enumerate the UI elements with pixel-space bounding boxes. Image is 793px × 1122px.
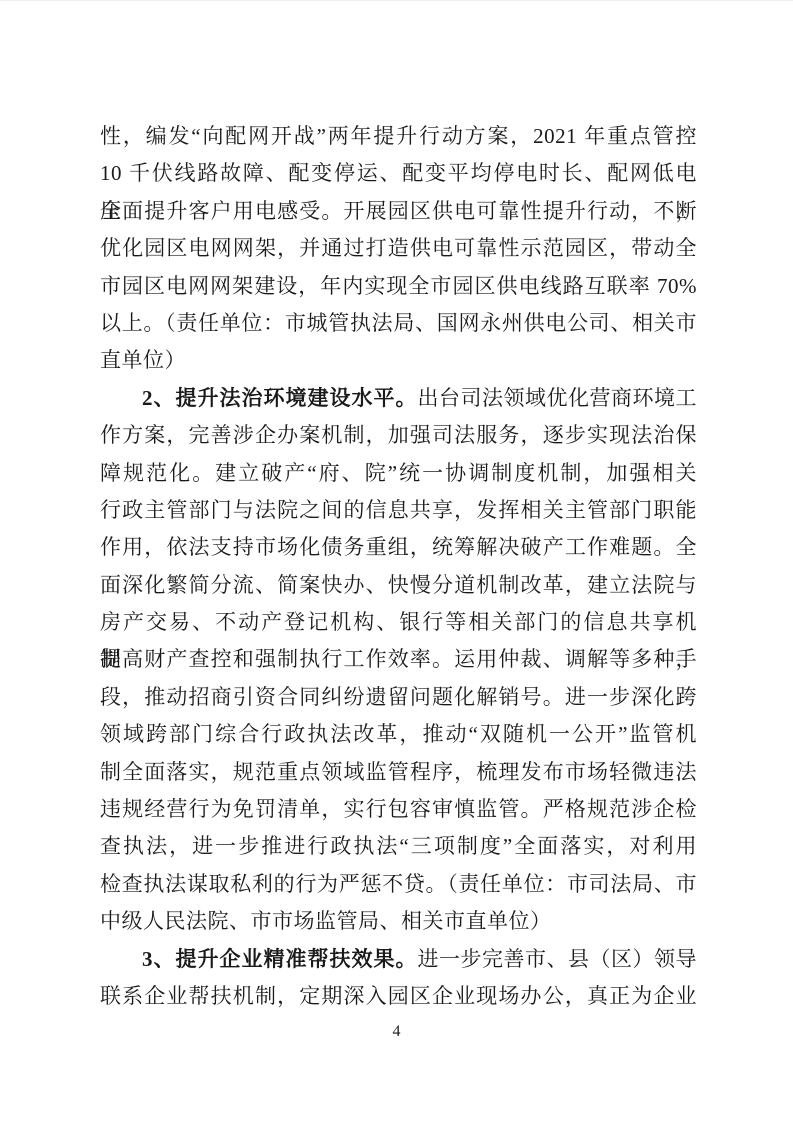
paragraph-heading: 2、提升法治环境建设水平。: [142, 386, 418, 410]
text-line: 作用，依法支持市场化债务重组，统筹解决破产工作难题。全: [100, 529, 697, 566]
text-line: 性，编发“向配网开战”两年提升行动方案，2021 年重点管控: [100, 118, 697, 155]
text-line: 优化园区电网网架，并通过打造供电可靠性示范园区，带动全: [100, 230, 697, 267]
text-line: 作方案，完善涉企办案机制，加强司法服务，逐步实现法治保: [100, 417, 697, 454]
text-line: 中级人民法院、市市场监管局、相关市直单位）: [100, 903, 697, 940]
text-line: 市园区电网网架建设，年内实现全市园区供电线路互联率 70%: [100, 268, 697, 305]
text-line: 2、提升法治环境建设水平。出台司法领域优化营商环境工: [100, 380, 697, 417]
text-line: 检查执法谋取私利的行为严惩不贷。（责任单位：市司法局、市: [100, 866, 697, 903]
paragraph-body-start: 进一步完善市、县（区）领导: [418, 947, 698, 971]
text-line: 3、提升企业精准帮扶效果。进一步完善市、县（区）领导: [100, 941, 697, 978]
text-line: 全面提升客户用电感受。开展园区供电可靠性提升行动，不断: [100, 193, 697, 230]
text-line: 提高财产查控和强制执行工作效率。运用仲裁、调解等多种手: [100, 641, 697, 678]
text-line: 以上。（责任单位：市城管执法局、国网永州供电公司、相关市: [100, 305, 697, 342]
paragraph-body-start: 出台司法领域优化营商环境工: [418, 386, 698, 410]
body-text: 性，编发“向配网开战”两年提升行动方案，2021 年重点管控10 千伏线路故障、…: [100, 118, 697, 1015]
text-line: 障规范化。建立破产“府、院”统一协调制度机制，加强相关: [100, 455, 697, 492]
text-line: 违规经营行为免罚清单，实行包容审慎监管。严格规范涉企检: [100, 791, 697, 828]
text-line: 直单位）: [100, 342, 697, 379]
page-number: 4: [393, 1023, 401, 1040]
paragraph-heading: 3、提升企业精准帮扶效果。: [142, 947, 418, 971]
text-line: 行政主管部门与法院之间的信息共享，发挥相关主管部门职能: [100, 492, 697, 529]
document-page: 性，编发“向配网开战”两年提升行动方案，2021 年重点管控10 千伏线路故障、…: [0, 0, 793, 1122]
page-footer: 4: [0, 1023, 793, 1041]
text-line: 领域跨部门综合行政执法改革，推动“双随机一公开”监管机: [100, 716, 697, 753]
text-line: 查执法，进一步推进行政执法“三项制度”全面落实，对利用: [100, 828, 697, 865]
text-line: 房产交易、不动产登记机构、银行等相关部门的信息共享机制，: [100, 604, 697, 641]
text-line: 段，推动招商引资合同纠纷遗留问题化解销号。进一步深化跨: [100, 679, 697, 716]
text-line: 面深化繁简分流、简案快办、快慢分道机制改革，建立法院与: [100, 567, 697, 604]
text-line: 10 千伏线路故障、配变停运、配变平均停电时长、配网低电压，: [100, 155, 697, 192]
text-line: 制全面落实，规范重点领域监管程序，梳理发布市场轻微违法: [100, 754, 697, 791]
text-line: 联系企业帮扶机制，定期深入园区企业现场办公，真正为企业: [100, 978, 697, 1015]
